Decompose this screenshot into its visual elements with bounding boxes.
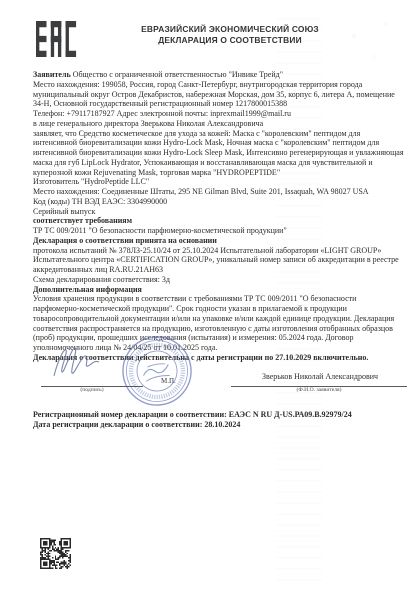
applicant-address: Место нахождения: 199058, Россия, город … [33,80,404,109]
qr-code [40,538,71,569]
tnved-code: Код (коды) ТН ВЭД ЕАЭС: 3304990000 [33,197,404,207]
signature-caption: (подпись) [41,387,143,394]
product-declaration: заявляет, что Средство косметическое для… [33,129,404,178]
manufacturer-name: Изготовитель "HydroPeptide LLC" [33,177,404,187]
stamp-place-label: М.П. [161,377,176,386]
applicant-label: Заявитель [33,70,71,79]
conformity-regulation: ТР ТС 009/2011 "О безопасности парфюмерн… [33,226,404,236]
registration-number-label: Регистрационный номер декларации о соотв… [33,410,227,419]
release-type: Серийный выпуск [33,207,404,217]
registration-date-value: 28.10.2024 [204,420,240,429]
additional-info-heading: Дополнительная информация [33,285,404,295]
declaration-scheme: Схема декларирования соответствия: 3д [33,275,404,285]
registration-block: Регистрационный номер декларации о соотв… [33,410,404,431]
registration-date-line: Дата регистрации декларации о соответств… [33,420,404,430]
signature-icon [48,340,102,382]
eac-logo-icon [36,21,78,57]
applicant-representative: в лице генерального директора Зверькова … [33,119,404,129]
declaration-document-page: ЕВРАЗИЙСКИЙ ЭКОНОМИЧЕСКИЙ СОЮЗ ДЕКЛАРАЦИ… [0,0,420,594]
conformity-heading: соответствует требованиям [33,216,404,226]
scan-noise-speckles [330,12,410,72]
applicant-contacts: Телефон: +79117187927 Адрес электронной … [33,109,404,119]
basis-text: протокола испытаний № 378ЛЗ-25.10/24 от … [33,246,404,275]
manufacturer-address: Место нахождения: Соединенные Штаты, 295… [33,187,404,197]
scan-noise-band [276,18,322,584]
applicant-name: Общество с ограниченной ответственностью… [73,70,283,79]
registration-date-label: Дата регистрации декларации о соответств… [33,420,202,429]
registration-number-line: Регистрационный номер декларации о соотв… [33,410,404,420]
basis-heading: Декларация о соответствии принята на осн… [33,236,404,246]
